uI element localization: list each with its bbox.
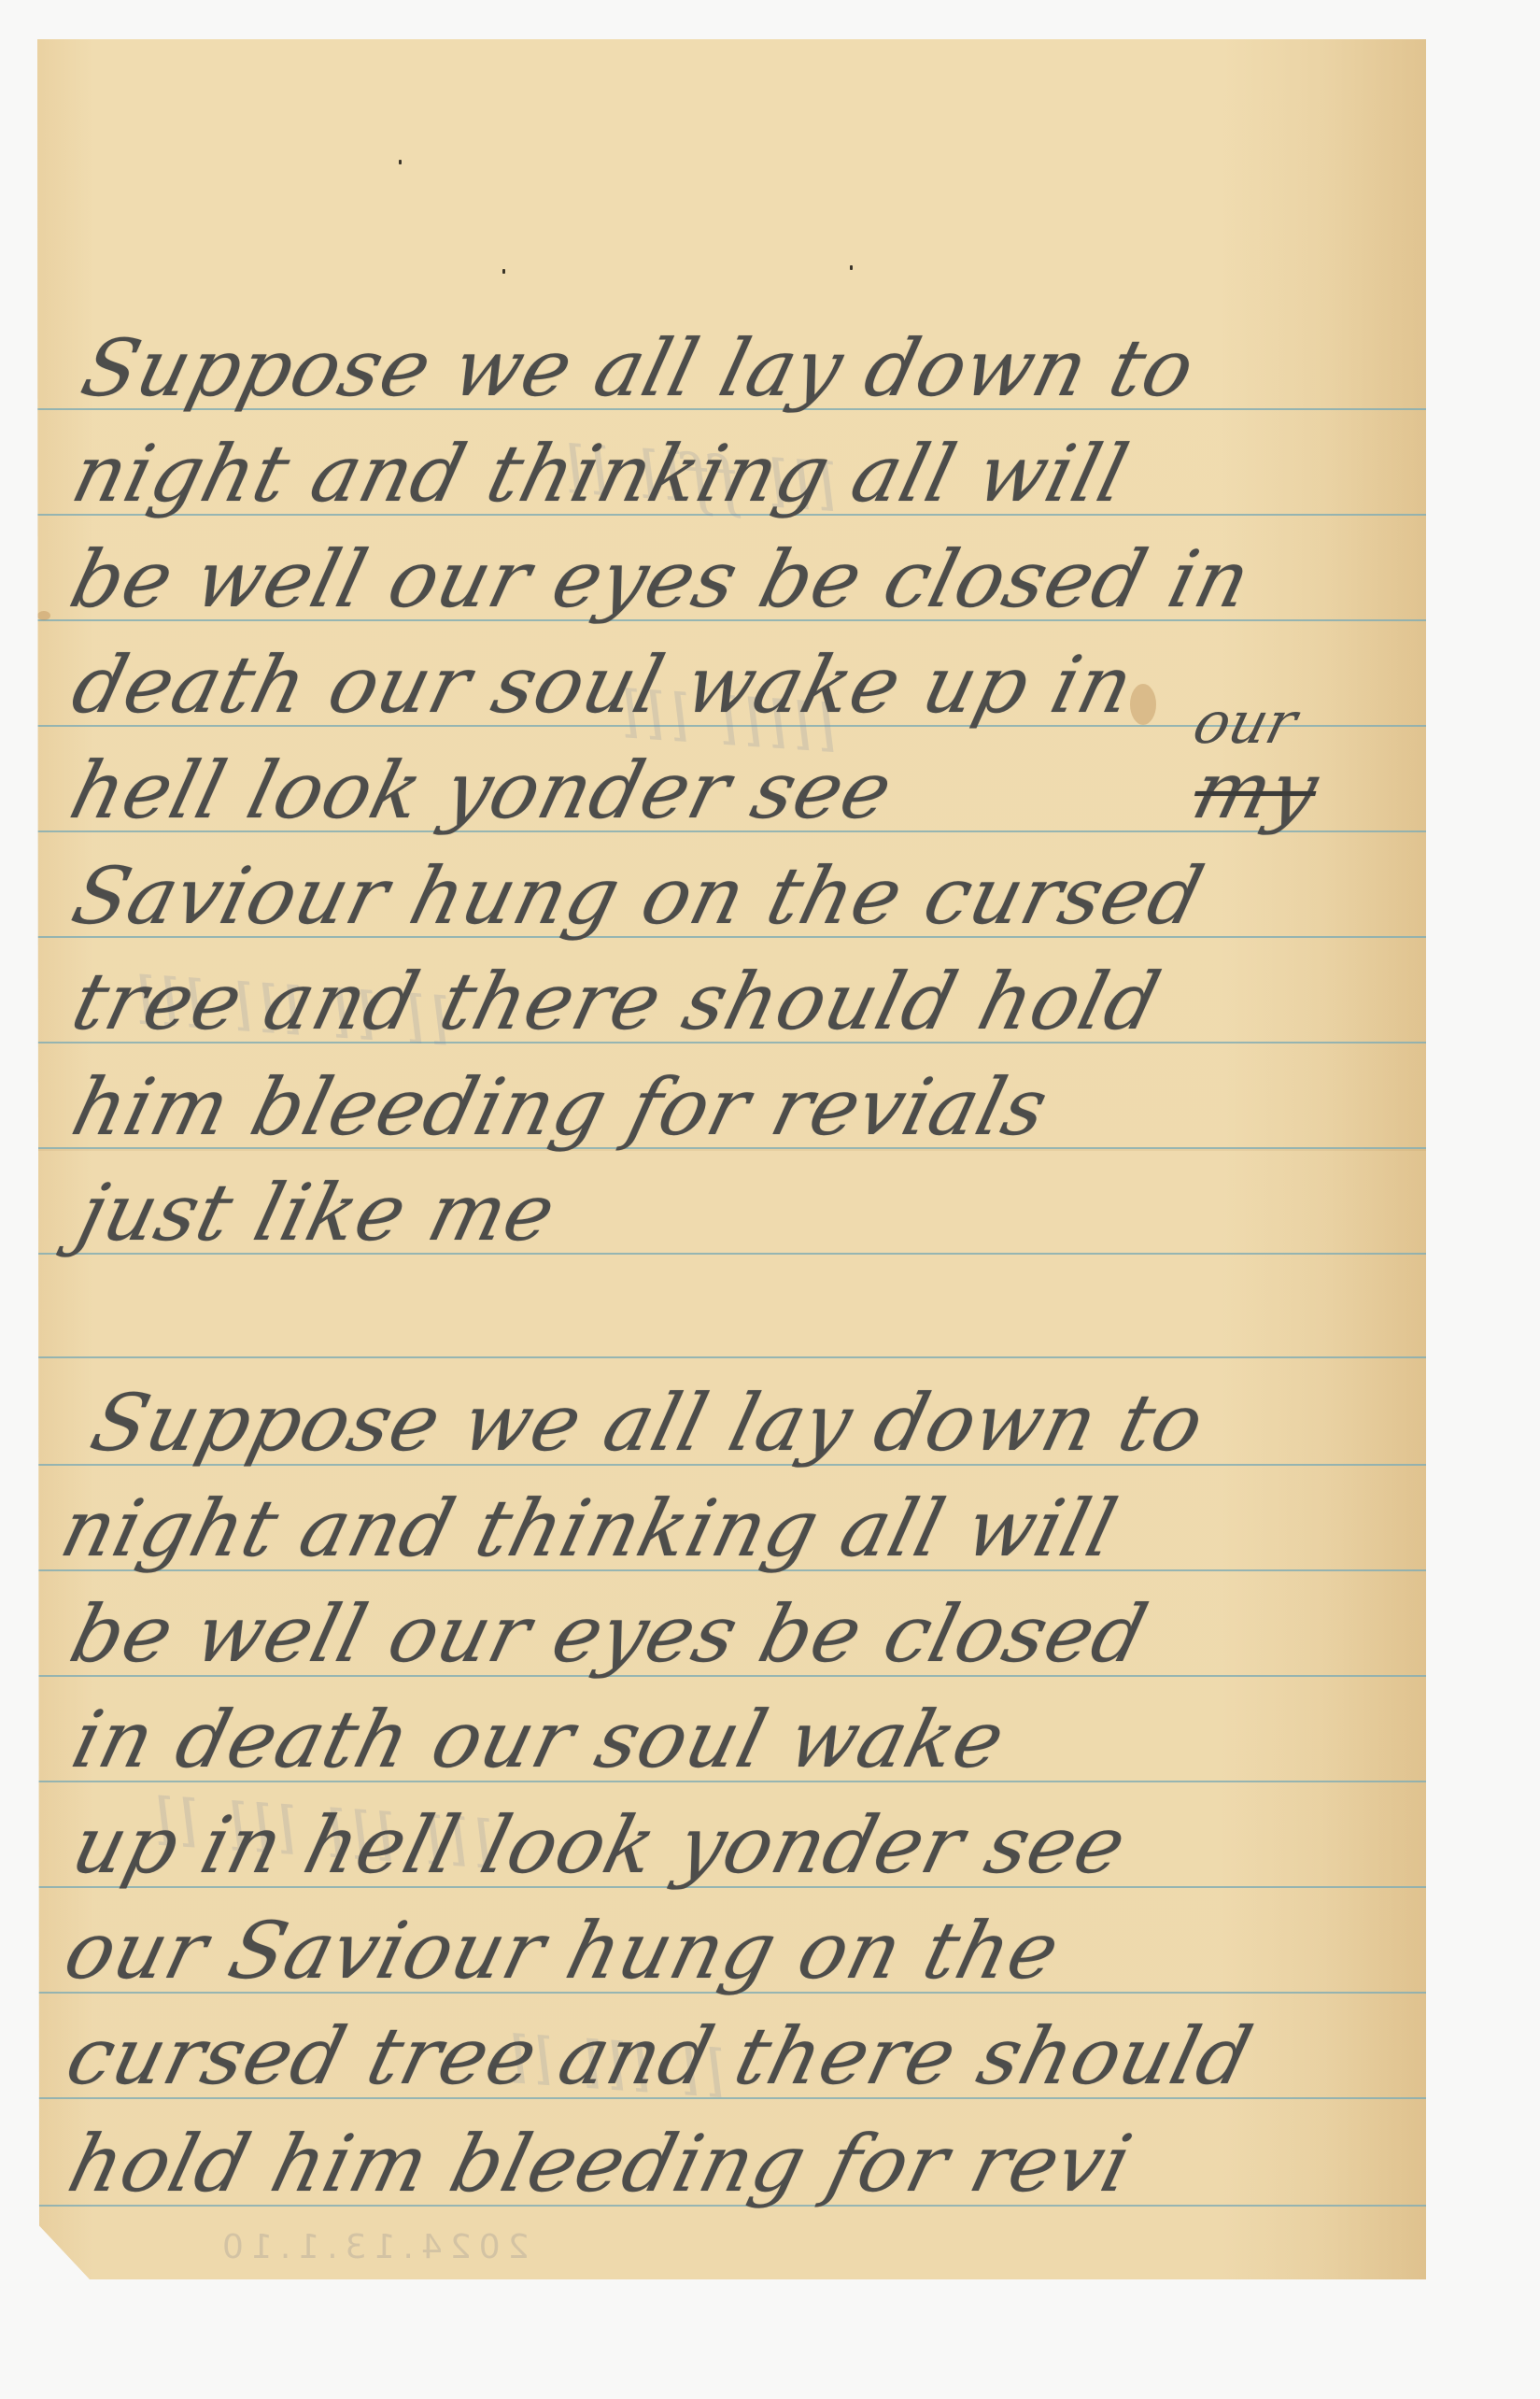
handwritten-line: night and thinking all will [37,1464,1426,1569]
line-text: just like me [71,1173,563,1252]
line-text: our Saviour hung on the [58,1911,1067,1990]
handwritten-line: tree and there should hold [37,937,1426,1043]
handwritten-line: hell look yonder see my our [37,726,1426,831]
line-text: him bleeding for revials [65,1068,1055,1146]
handwritten-line: be well our eyes be closed [37,1569,1426,1675]
paper-speck [850,265,853,270]
line-text: Saviour hung on the cursed [65,857,1211,935]
line-text: be well our eyes be closed [64,1595,1155,1673]
handwritten-line: Suppose we all lay down to [37,304,1426,409]
line-text: Suppose we all lay down to [75,329,1203,407]
handwritten-line: night and thinking all will [37,409,1426,515]
handwritten-line: Saviour hung on the cursed [37,831,1426,937]
handwritten-line: cursed tree and there should [37,1992,1426,2097]
line-text: death our soul wake up in [65,646,1141,724]
line-text: night and thinking all will [65,434,1136,513]
handwritten-line: Suppose we all lay down to [37,1358,1426,1464]
inserted-correction: our [1187,688,1304,757]
line-text: night and thinking all will [54,1489,1124,1568]
paper-speck [502,269,505,274]
paper-speck [399,160,402,164]
handwritten-line: him bleeding for revials [37,1043,1426,1148]
line-text: tree and there should hold [65,962,1167,1041]
handwritten-line: hold him bleeding for revi [37,2099,1426,2205]
letter-page: lll ffll ll lllll lll ll ll lll lll lll … [37,39,1426,2279]
line-text: cursed tree and there should [60,2017,1260,2095]
handwritten-line: up in hell look yonder see [37,1781,1426,1886]
handwritten-line: our Saviour hung on the [37,1886,1426,1992]
line-text: hell look yonder see [64,751,900,830]
struck-word: my [1186,751,1326,830]
line-text: be well our eyes be closed in [64,540,1258,618]
line-text: up in hell look yonder see [65,1806,1134,1884]
handwritten-line: in death our soul wake [37,1675,1426,1781]
line-text: hold him bleeding for revi [62,2124,1139,2203]
line-text: in death our soul wake [65,1700,1012,1779]
handwritten-line: just like me [37,1148,1426,1254]
handwritten-line: be well our eyes be closed in [37,515,1426,620]
line-text: Suppose we all lay down to [84,1384,1212,1462]
archival-number-show-through: 2024.13.1.10 [215,2228,529,2266]
